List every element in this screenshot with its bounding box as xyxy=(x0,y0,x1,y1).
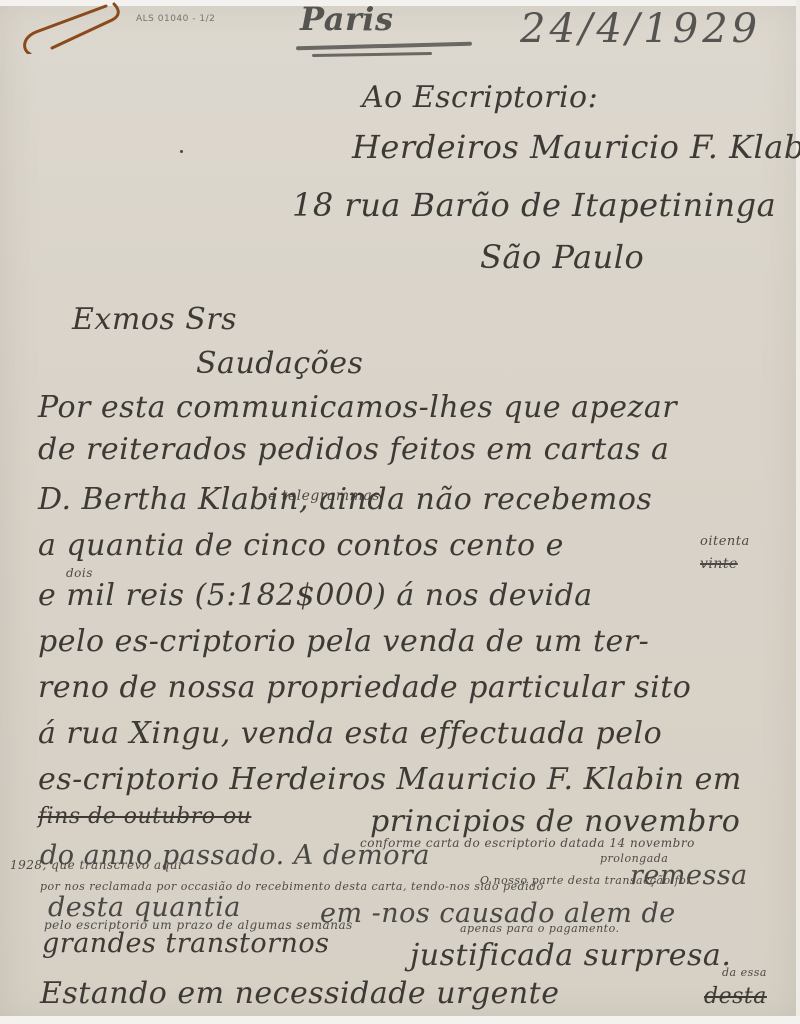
insertion-da-essa: da essa xyxy=(722,966,767,979)
insertion-oitenta: oitenta xyxy=(700,534,750,549)
body-line-7: reno de nossa propriedade particular sit… xyxy=(38,670,691,705)
salutation: Exmos Srs xyxy=(72,302,237,337)
letter-page: ALS 01040 - 1/2 Paris 24/4/1929 Ao Escri… xyxy=(0,0,800,1024)
archive-id-stamp: ALS 01040 - 1/2 xyxy=(136,14,215,24)
paperclip-rust-mark-icon xyxy=(12,2,124,54)
ink-dot xyxy=(180,150,183,153)
insertion-apenas-para: apenas para o pagamento. xyxy=(460,922,620,935)
addressee-line-4: São Paulo xyxy=(480,238,644,276)
struck-fins-de-outubro: fins de outubro ou xyxy=(38,804,251,829)
body-line-4: a quantia de cinco contos cento e xyxy=(38,528,564,563)
city-heading: Paris xyxy=(300,0,393,38)
body-line-15: grandes transtornos xyxy=(42,928,330,959)
margin-1928: 1928, que transcrevo aqui xyxy=(10,858,182,872)
body-line-9: es-criptorio Herdeiros Mauricio F. Klabi… xyxy=(38,762,742,797)
greeting: Saudações xyxy=(196,346,363,381)
addressee-line-3: 18 rua Barão de Itapetininga xyxy=(292,186,776,224)
addressee-line-1: Ao Escriptorio: xyxy=(362,80,598,115)
paper-edge-bottom xyxy=(0,1016,800,1024)
letter-date: 24/4/1929 xyxy=(520,6,761,52)
body-line-17: Estando em necessidade urgente xyxy=(40,976,559,1011)
body-line-2: de reiterados pedidos feitos em cartas a xyxy=(38,432,669,467)
body-line-1: Por esta communicamos-lhes que apezar xyxy=(38,390,677,425)
body-line-10: principios de novembro xyxy=(370,804,740,839)
body-line-16: justificada surpresa. xyxy=(410,938,731,973)
struck-vinte: vinte xyxy=(700,556,738,572)
body-line-6: pelo es-criptorio pela venda de um ter- xyxy=(38,624,649,659)
city-underline-2 xyxy=(312,52,432,57)
struck-desta: desta xyxy=(704,984,767,1009)
city-underline xyxy=(296,42,472,51)
addressee-line-2: Herdeiros Mauricio F. Klabin xyxy=(352,128,800,166)
body-line-8: á rua Xingu, venda esta effectuada pelo xyxy=(38,716,662,751)
body-line-3: D. Bertha Klabin, ainda não recebemos xyxy=(38,482,652,517)
body-line-5: e mil reis (5:182$000) á nos devida xyxy=(38,578,593,613)
